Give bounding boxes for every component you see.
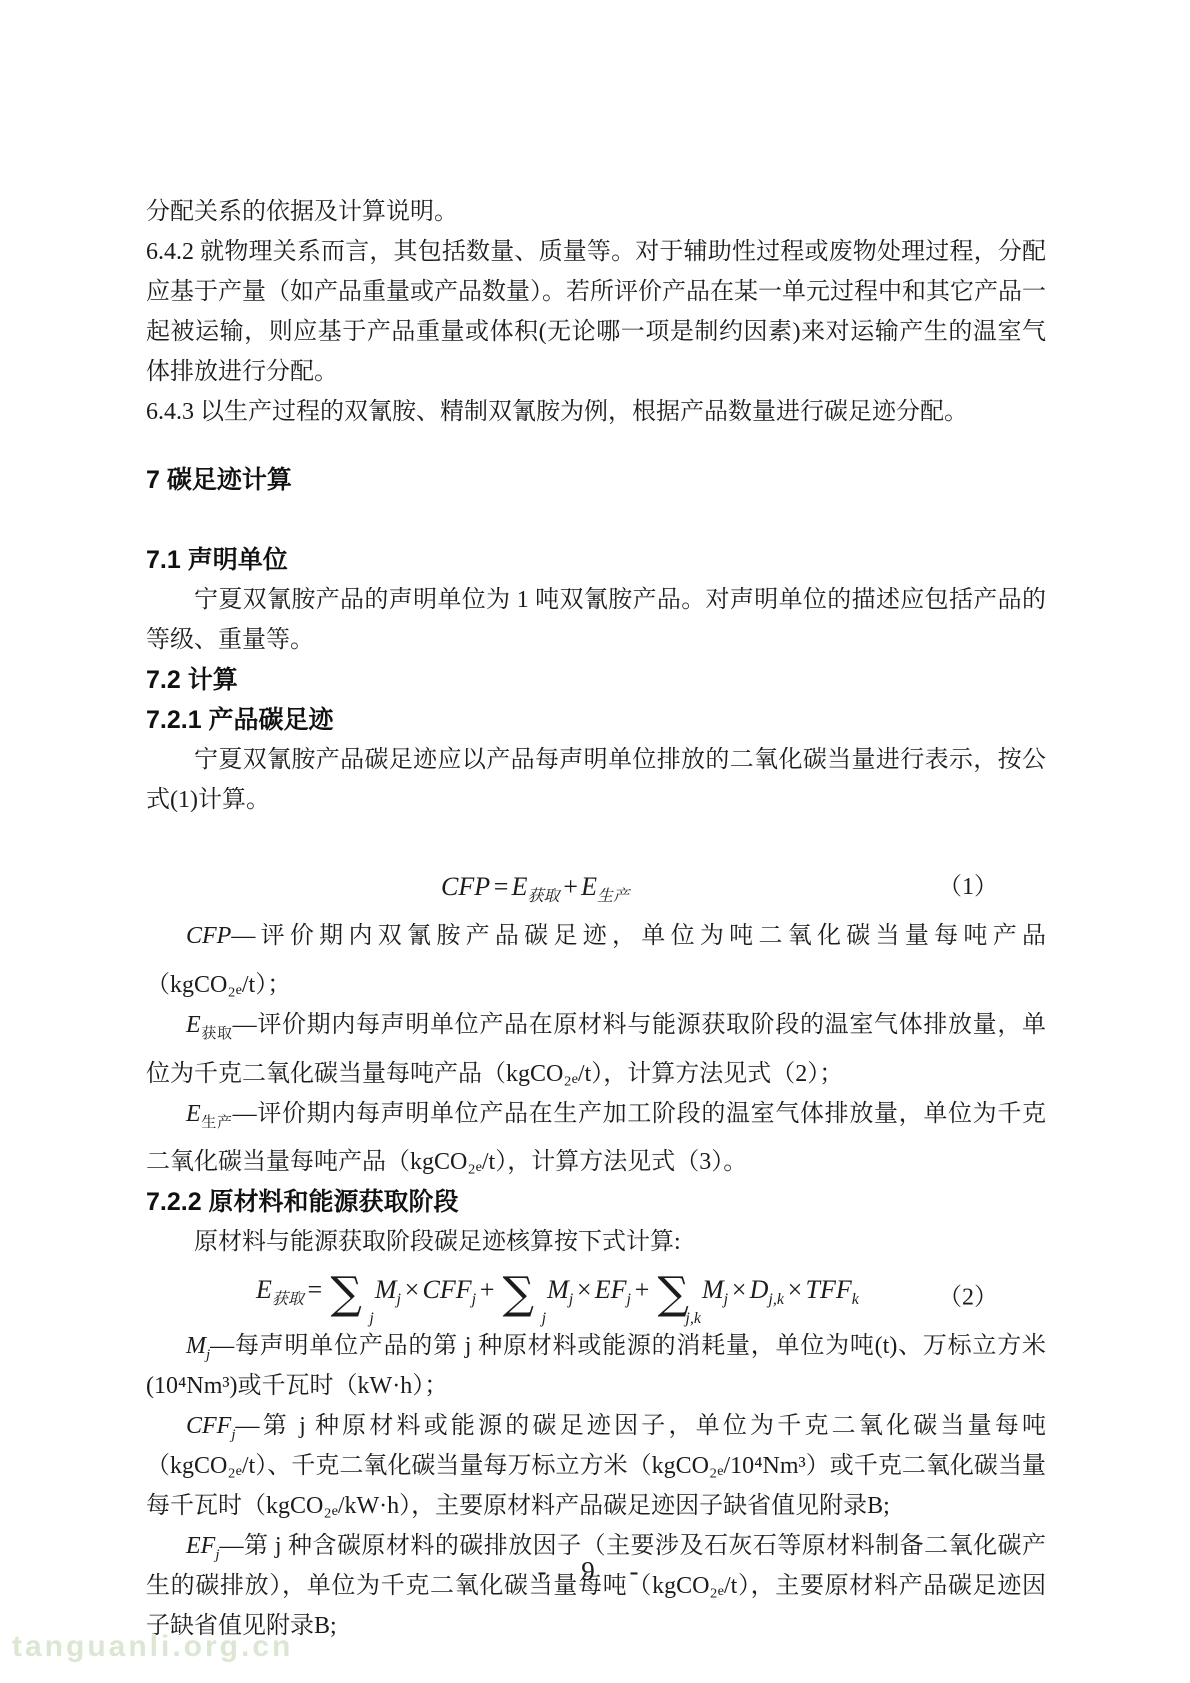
- definition-cff: CFFj—第 j 种原材料或能源的碳足迹因子，单位为千克二氧化碳当量每吨（kgC…: [146, 1406, 1046, 1526]
- sum-over-j-icon: ∑j: [330, 1272, 371, 1316]
- acquisition-subscript: 获取: [528, 888, 560, 905]
- formula-1-e-acquisition: E: [512, 872, 528, 901]
- sum-limit-j: j: [369, 1310, 373, 1328]
- equals-sign: =: [304, 1275, 326, 1304]
- sum-over-j-icon: ∑j: [503, 1272, 544, 1316]
- section-7-2-2-heading: 7.2.2 原材料和能源获取阶段: [146, 1182, 1046, 1222]
- document-page: 分配关系的依据及计算说明。 6.4.2 就物理关系而言，其包括数量、质量等。对于…: [0, 0, 1190, 1683]
- plus-sign: +: [631, 1275, 653, 1304]
- formula-2-e: E: [256, 1275, 272, 1304]
- cfp-term: CFP: [186, 923, 231, 949]
- plus-sign: +: [560, 872, 582, 901]
- sum-limit-j: j: [542, 1310, 546, 1328]
- cff-definition-text: —第 j 种原材料或能源的碳足迹因子，单位为千克二氧化碳当量每吨（kgCO₂ₑ/…: [146, 1413, 1046, 1519]
- m-term: M: [702, 1275, 724, 1304]
- e-production-term: E: [186, 1101, 201, 1127]
- e-acquisition-definition-text: —评价期内每声明单位产品在原材料与能源获取阶段的温室气体排放量，单位为千克二氧化…: [146, 1012, 1046, 1087]
- declared-unit-paragraph: 宁夏双氰胺产品的声明单位为 1 吨双氰胺产品。对声明单位的描述应包括产品的等级、…: [146, 580, 1046, 660]
- formula-2: E获取=∑jMj×CFFj+∑jMj×EFj+∑j,kMj×Dj,k×TFFk …: [146, 1262, 1046, 1326]
- formula-1-equation: CFP=E获取+E生产: [441, 872, 629, 901]
- cfp-definition-text: —评价期内双氰胺产品碳足迹，单位为吨二氧化碳当量每吨产品（kgCO₂ₑ/t）；: [146, 923, 1046, 998]
- e-acquisition-subscript: 获取: [201, 1026, 233, 1042]
- definition-m: Mj—每声明单位产品的第 j 种原材料或能源的消耗量，单位为吨(t)、万标立方米…: [146, 1326, 1046, 1406]
- m-term: M: [375, 1275, 397, 1304]
- d-term: D: [750, 1275, 769, 1304]
- acquisition-stage-paragraph: 原材料与能源获取阶段碳足迹核算按下式计算:: [146, 1222, 1046, 1262]
- m-term: M: [186, 1333, 206, 1359]
- m-definition-text: —每声明单位产品的第 j 种原材料或能源的消耗量，单位为吨(t)、万标立方米(1…: [146, 1333, 1046, 1399]
- clause-6-4-3: 6.4.3 以生产过程的双氰胺、精制双氰胺为例，根据产品数量进行碳足迹分配。: [146, 392, 1046, 432]
- times-sign: ×: [573, 1275, 595, 1304]
- m-term: M: [547, 1275, 569, 1304]
- page-number: - 9 -: [0, 1556, 1190, 1587]
- definition-e-acquisition: E获取—评价期内每声明单位产品在原材料与能源获取阶段的温室气体排放量，单位为千克…: [146, 1005, 1046, 1094]
- formula-1: CFP=E获取+E生产 （1）: [146, 858, 1046, 916]
- equals-sign: =: [490, 872, 512, 901]
- e-production-definition-text: —评价期内每声明单位产品在生产加工阶段的温室气体排放量，单位为千克二氧化碳当量每…: [146, 1101, 1046, 1176]
- formula-1-e-production: E: [581, 872, 597, 901]
- section-7-heading: 7 碳足迹计算: [146, 460, 1046, 500]
- watermark: tanguanli.org.cn: [12, 1630, 293, 1664]
- section-7-2-1-heading: 7.2.1 产品碳足迹: [146, 700, 1046, 740]
- ef-term: EF: [595, 1275, 627, 1304]
- definition-cfp: CFP—评价期内双氰胺产品碳足迹，单位为吨二氧化碳当量每吨产品（kgCO₂ₑ/t…: [146, 916, 1046, 1005]
- definition-e-production: E生产—评价期内每声明单位产品在生产加工阶段的温室气体排放量，单位为千克二氧化碳…: [146, 1094, 1046, 1183]
- times-sign: ×: [401, 1275, 423, 1304]
- plus-sign: +: [476, 1275, 498, 1304]
- sigma-icon: ∑: [330, 1272, 361, 1316]
- e-acquisition-term: E: [186, 1012, 201, 1038]
- times-sign: ×: [728, 1275, 750, 1304]
- production-subscript: 生产: [597, 888, 629, 905]
- section-7-2-heading: 7.2 计算: [146, 660, 1046, 700]
- acquisition-subscript: 获取: [272, 1292, 304, 1309]
- e-production-subscript: 生产: [201, 1114, 233, 1130]
- formula-2-number: （2）: [938, 1277, 998, 1312]
- paragraph-continuation: 分配关系的依据及计算说明。: [146, 192, 1046, 232]
- sum-over-jk-icon: ∑j,k: [658, 1272, 699, 1316]
- formula-1-cfp: CFP: [441, 872, 490, 901]
- page-content: 分配关系的依据及计算说明。 6.4.2 就物理关系而言，其包括数量、质量等。对于…: [146, 192, 1046, 1646]
- sum-limit-jk: j,k: [685, 1310, 701, 1328]
- cff-term: CFF: [423, 1275, 472, 1304]
- cff-term: CFF: [186, 1413, 231, 1439]
- sigma-icon: ∑: [503, 1272, 534, 1316]
- formula-2-equation: E获取=∑jMj×CFFj+∑jMj×EFj+∑j,kMj×Dj,k×TFFk: [256, 1272, 859, 1316]
- tff-subscript-k: k: [852, 1292, 859, 1309]
- section-7-1-heading: 7.1 声明单位: [146, 540, 1046, 580]
- product-cfp-paragraph: 宁夏双氰胺产品碳足迹应以产品每声明单位排放的二氧化碳当量进行表示，按公式(1)计…: [146, 740, 1046, 820]
- tff-term: TFF: [805, 1275, 851, 1304]
- clause-6-4-2: 6.4.2 就物理关系而言，其包括数量、质量等。对于辅助性过程或废物处理过程，分…: [146, 232, 1046, 392]
- d-subscript-jk: j,k: [768, 1292, 784, 1309]
- times-sign: ×: [784, 1275, 806, 1304]
- formula-1-number: （1）: [938, 858, 998, 916]
